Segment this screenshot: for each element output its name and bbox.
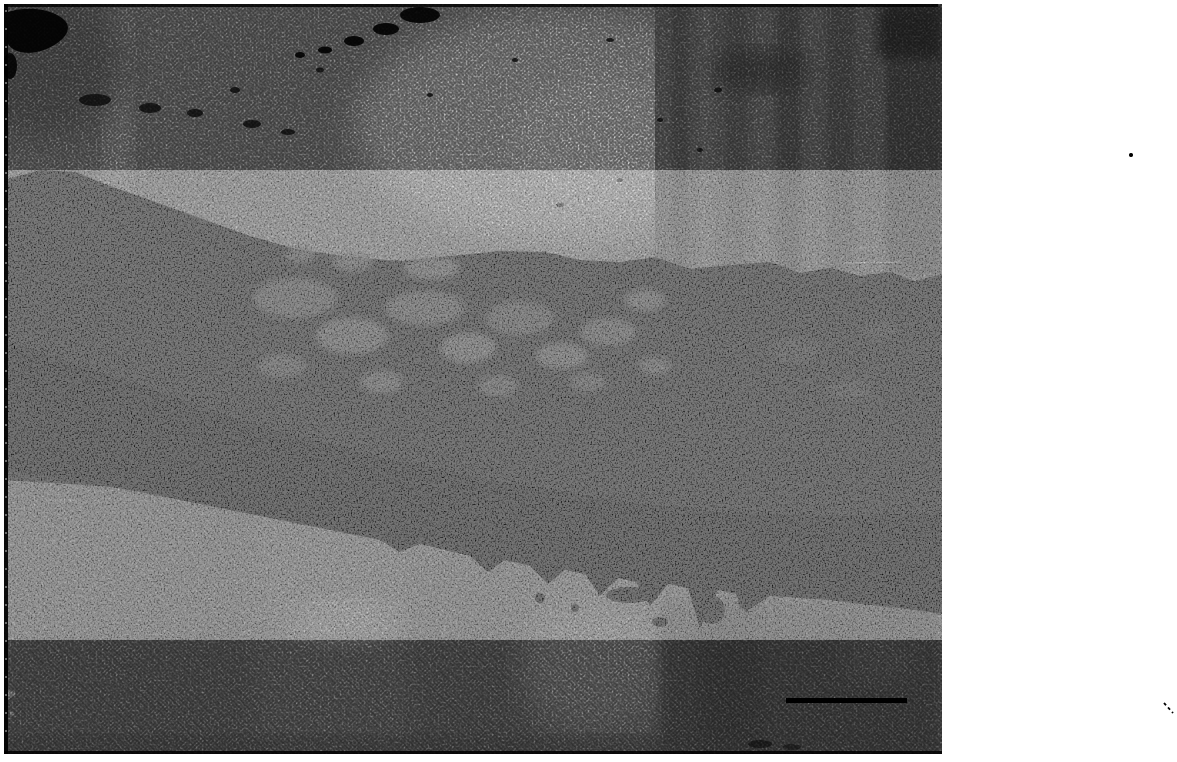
scanned-page <box>0 0 1177 762</box>
halftone-photograph-figure <box>0 0 1177 762</box>
photo-border-top <box>4 4 938 7</box>
photo-border-bottom <box>4 751 942 754</box>
stray-dot-mark <box>1129 153 1133 157</box>
white-grain-overlay <box>4 170 942 640</box>
halftone-photo-svg <box>0 0 1177 762</box>
photograph <box>0 0 942 760</box>
